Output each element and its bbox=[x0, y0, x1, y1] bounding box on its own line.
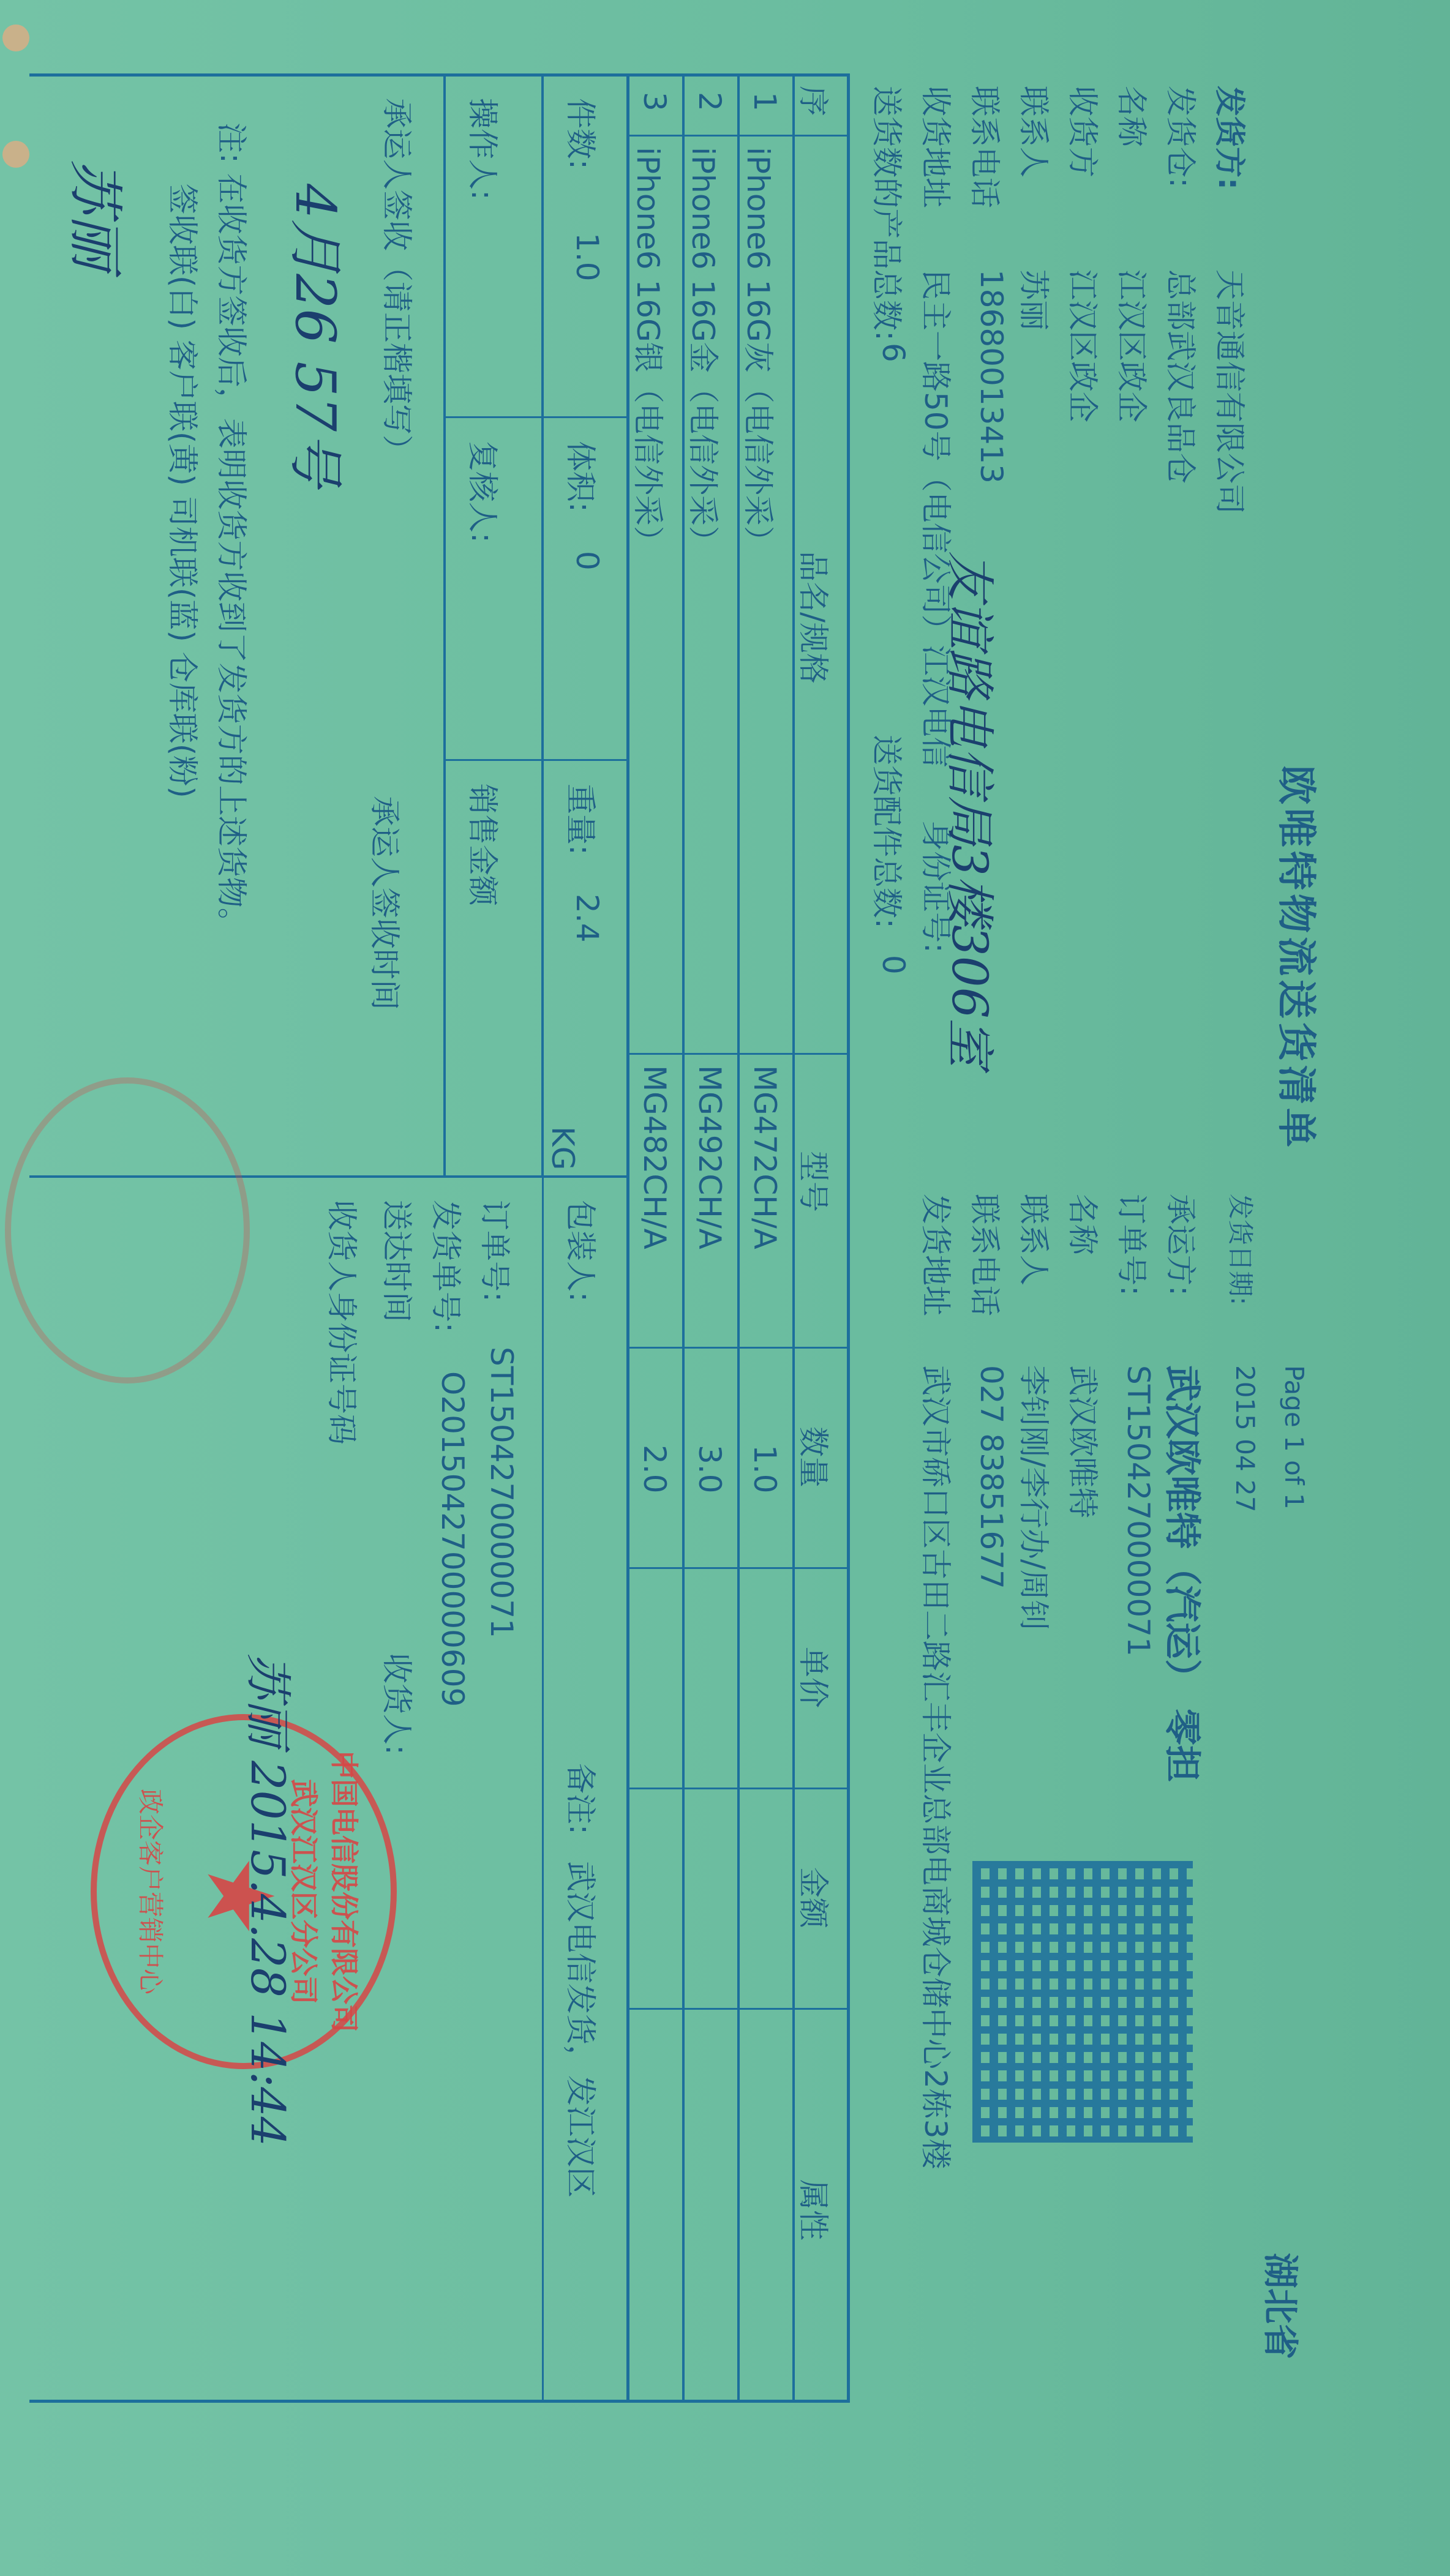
checker-label: 复核人: bbox=[463, 441, 507, 543]
carrier-phone: 027 83851677 bbox=[974, 1365, 1009, 1589]
row-no: 1 bbox=[747, 92, 783, 111]
shipper-name: 江汉区政企 bbox=[1112, 269, 1156, 422]
row-no: 2 bbox=[692, 92, 727, 111]
carrier-order-label: 订单号: bbox=[1112, 1194, 1156, 1296]
summary-col bbox=[446, 759, 629, 761]
ship-date: 2015 04 27 bbox=[1230, 1365, 1260, 1512]
row-name: iPhone6 16G银（电信外采） bbox=[628, 147, 672, 556]
weight: 2.4 bbox=[569, 894, 605, 943]
carrier: 武汉欧唯特（汽运） 零担 bbox=[1159, 1365, 1211, 1782]
header-qty: 数量 bbox=[794, 1426, 838, 1488]
frame-left bbox=[29, 73, 850, 77]
row-name: iPhone6 16G金（电信外采） bbox=[683, 147, 727, 556]
header-price: 单价 bbox=[794, 1647, 838, 1708]
weight-unit: KG bbox=[545, 1126, 580, 1170]
carrier-sign-label: 承运人签收（请正楷填写） bbox=[377, 98, 421, 465]
qr-code bbox=[972, 1861, 1193, 2143]
stamp-inner-text: 政企客户营销中心 bbox=[133, 1769, 170, 2014]
pieces: 1.0 bbox=[569, 233, 605, 282]
table-top-border bbox=[847, 73, 850, 2400]
col-divider bbox=[629, 1788, 850, 1789]
punch-hole bbox=[2, 141, 29, 168]
punch-hole bbox=[2, 24, 29, 51]
receiver-sign-label: 收货人: bbox=[377, 1653, 421, 1755]
frame-right bbox=[29, 2400, 850, 2403]
col-divider bbox=[629, 1053, 850, 1055]
sales-amount-label: 销售金额 bbox=[463, 784, 507, 906]
header-attr: 属性 bbox=[794, 2179, 838, 2241]
phone: 18680013413 bbox=[974, 269, 1009, 484]
carrier-contact-label: 联系人 bbox=[1014, 1194, 1058, 1286]
carrier-label: 承运方: bbox=[1161, 1194, 1205, 1296]
carrier-address: 武汉市硚口区古田二路汇丰企业总部电商城仓储中心2栋3楼 bbox=[916, 1365, 960, 2170]
note-line-1: 注: 在收货方签收后，表明收货方收到了发货方的上述货物。 bbox=[212, 122, 256, 938]
row-qty: 2.0 bbox=[637, 1445, 672, 1494]
row-no: 3 bbox=[637, 92, 672, 111]
header-model: 型号 bbox=[794, 1151, 838, 1212]
order-no-label: 订单号: bbox=[475, 1200, 519, 1302]
pieces-label: 件数: bbox=[561, 98, 605, 170]
receiver-sign-handwritten: 苏丽 2015.4.28 14:44 bbox=[238, 1653, 305, 2146]
col-divider bbox=[629, 2008, 850, 2010]
contact: 苏丽 bbox=[1014, 269, 1058, 331]
row-name: iPhone6 16G灰（电信外采） bbox=[738, 147, 783, 556]
row-model: MG482CH/A bbox=[637, 1065, 672, 1249]
header-name: 品名/规格 bbox=[794, 551, 838, 684]
row-model: MG492CH/A bbox=[692, 1065, 727, 1249]
sender-label: 发货方: bbox=[1210, 86, 1254, 190]
receiver-id-label: 收货人身份证号码 bbox=[322, 1200, 366, 1445]
remark: 武汉电信发货，发江汉区 bbox=[561, 1861, 605, 2198]
total-products: 6 bbox=[876, 343, 911, 362]
page-info: Page 1 of 1 bbox=[1279, 1365, 1309, 1510]
carrier-phone-label: 联系电话 bbox=[965, 1194, 1009, 1316]
carrier-address-label: 发货地址 bbox=[916, 1194, 960, 1316]
warehouse-label: 发货仓: bbox=[1161, 86, 1205, 188]
header-no: 序 bbox=[794, 86, 838, 116]
note-line-2: 签收联(白) 客户联(黄) 司机联(蓝) 仓库联(粉) bbox=[163, 184, 207, 798]
receiver: 江汉区政企 bbox=[1063, 269, 1107, 422]
total-parts: 0 bbox=[876, 955, 911, 975]
address-handwritten: 友谊路电信局3楼306室 bbox=[939, 551, 1009, 1068]
carrier-order-no: ST1504270000071 bbox=[1121, 1365, 1156, 1657]
faded-stamp bbox=[5, 1077, 250, 1383]
remark-label: 备注: bbox=[561, 1763, 605, 1835]
header-amount: 金额 bbox=[794, 1867, 838, 1928]
order-no: ST1504270000071 bbox=[484, 1347, 519, 1638]
weight-label: 重量: bbox=[561, 784, 605, 855]
carrier-contact: 李钊刚/李行办/周钊 bbox=[1014, 1365, 1058, 1631]
row-qty: 1.0 bbox=[747, 1445, 783, 1494]
volume: 0 bbox=[569, 551, 605, 571]
carrier-name: 武汉欧唯特 bbox=[1063, 1365, 1107, 1518]
handler-label: 操作人: bbox=[463, 98, 507, 200]
col-divider bbox=[629, 1567, 850, 1569]
summary-divider bbox=[443, 73, 446, 1175]
delivery-time-label: 送达时间 bbox=[377, 1200, 421, 1322]
summary-divider bbox=[542, 1175, 544, 2400]
col-divider bbox=[629, 135, 850, 137]
signer-handwritten: 苏丽 bbox=[60, 159, 140, 269]
name-label: 名称 bbox=[1112, 86, 1156, 147]
packer-label: 包装人: bbox=[561, 1200, 605, 1302]
volume-label: 体积: bbox=[561, 441, 605, 512]
total-products-label: 送货数的产品总数: bbox=[867, 86, 911, 341]
ship-date-label: 发货日期: bbox=[1223, 1194, 1260, 1305]
summary-divider bbox=[541, 73, 544, 1175]
address-label: 收货地址 bbox=[916, 86, 960, 208]
phone-label: 联系电话 bbox=[965, 86, 1009, 208]
carrier-sign-handwritten: 4月26 57号 bbox=[280, 184, 360, 487]
receiver-label: 收货方 bbox=[1063, 86, 1107, 178]
table-header-border bbox=[792, 73, 795, 2400]
contact-label: 联系人 bbox=[1014, 86, 1058, 178]
row-qty: 3.0 bbox=[692, 1445, 727, 1494]
col-divider bbox=[629, 1347, 850, 1349]
document-title: 欧唯特物流送货清单 bbox=[1271, 765, 1328, 1151]
carrier-name-label: 名称 bbox=[1063, 1194, 1107, 1255]
total-parts-label: 送货配件总数: bbox=[867, 735, 911, 929]
delivery-note: 欧唯特物流送货清单 湖北省 Page 1 of 1 发货日期: 2015 04 … bbox=[0, 0, 1450, 2576]
province: 湖北省 bbox=[1258, 2253, 1309, 2359]
ship-no-label: 发货单号: bbox=[426, 1200, 470, 1333]
warehouse: 总部武汉良品仓 bbox=[1161, 269, 1205, 484]
sender: 天音通信有限公司 bbox=[1210, 269, 1254, 514]
carrier-sign-time-label: 承运人签收时间 bbox=[365, 796, 409, 1010]
summary-col bbox=[446, 416, 629, 418]
ship-no: O2015042700000609 bbox=[435, 1371, 470, 1707]
row-model: MG472CH/A bbox=[747, 1065, 783, 1249]
